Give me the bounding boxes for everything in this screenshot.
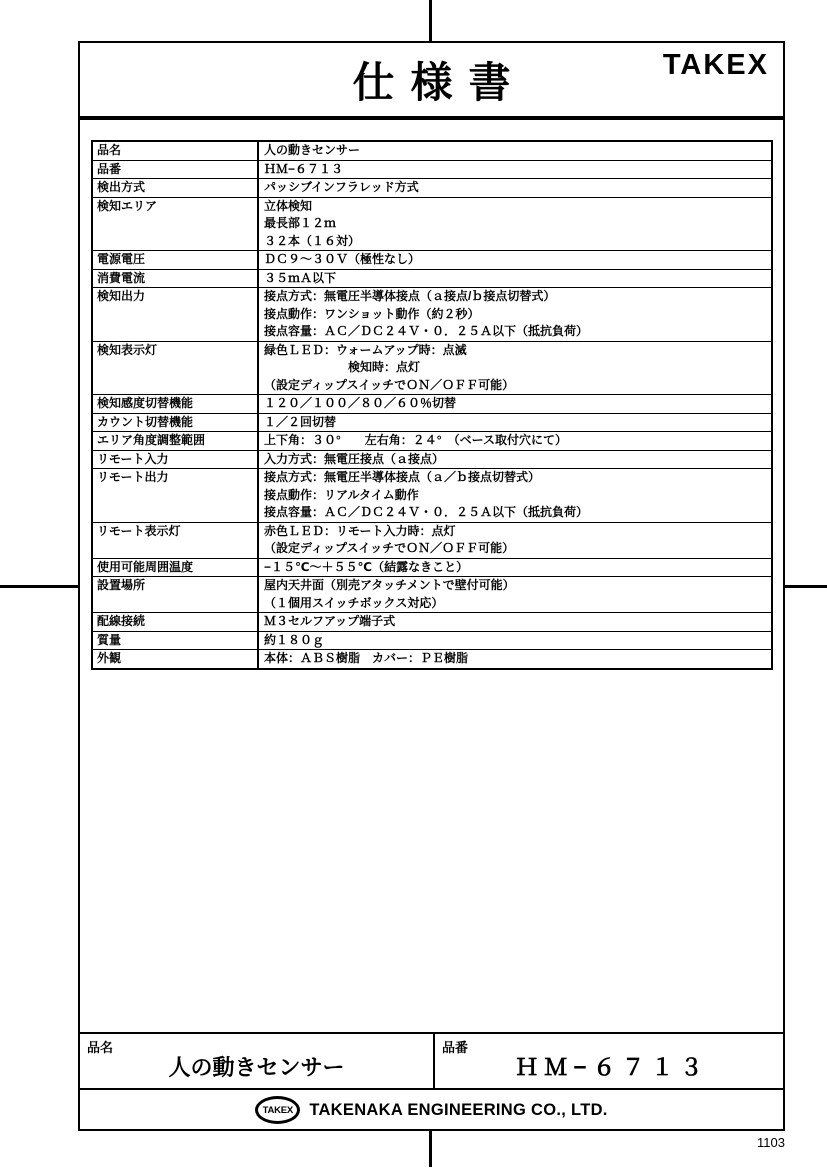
- spec-value-line: ＨＭ−６７１３: [264, 161, 771, 179]
- spec-value-line: 立体検知: [264, 198, 771, 216]
- takex-badge-icon: TAKEX: [255, 1096, 300, 1124]
- spec-row-label: カウント切替機能: [93, 414, 259, 432]
- spec-value-line: １／２回切替: [264, 414, 771, 432]
- product-name-value: 人の動きセンサー: [80, 1051, 433, 1082]
- spec-row-value: 本体：ＡＢＳ樹脂 カバー：ＰＥ樹脂: [259, 650, 771, 668]
- spec-row-value: 赤色ＬＥＤ：リモート入力時：点灯（設定ディップスイッチでＯＮ／ＯＦＦ可能）: [259, 523, 771, 558]
- spec-row-label: 電源電圧: [93, 251, 259, 269]
- spec-row-value: １２０／１００／８０／６０％切替: [259, 395, 771, 413]
- spec-row-label: 検知感度切替機能: [93, 395, 259, 413]
- spec-value-line: １２０／１００／８０／６０％切替: [264, 395, 771, 413]
- spec-value-line: 入力方式：無電圧接点（ａ接点）: [264, 451, 771, 469]
- table-row: 検知エリア立体検知最長部１２ｍ３２本（１６対）: [93, 197, 771, 251]
- product-code-cell: 品番 ＨＭ−６７１３: [435, 1034, 783, 1088]
- spec-row-label: 使用可能周囲温度: [93, 559, 259, 577]
- spec-row-label: 配線接続: [93, 613, 259, 631]
- spec-row-label: 品番: [93, 161, 259, 179]
- table-row: 設置場所屋内天井面（別売アタッチメントで壁付可能）（１個用スイッチボックス対応）: [93, 576, 771, 612]
- spec-value-line: 本体：ＡＢＳ樹脂 カバー：ＰＥ樹脂: [264, 650, 771, 668]
- spec-table: 品名人の動きセンサー品番ＨＭ−６７１３検出方式パッシブインフラレッド方式検知エリ…: [91, 140, 773, 670]
- spec-value-line: 検知時：点灯: [264, 359, 771, 377]
- spec-row-value: 入力方式：無電圧接点（ａ接点）: [259, 451, 771, 469]
- spec-value-line: ＤＣ９～３０Ｖ（極性なし）: [264, 251, 771, 269]
- spec-value-line: 赤色ＬＥＤ：リモート入力時：点灯: [264, 523, 771, 541]
- spec-row-label: リモート入力: [93, 451, 259, 469]
- crop-mark-right: [785, 585, 827, 588]
- table-row: 外観本体：ＡＢＳ樹脂 カバー：ＰＥ樹脂: [93, 649, 771, 668]
- table-row: エリア角度調整範囲上下角：３０° 左右角：２４° （ベース取付穴にて）: [93, 431, 771, 450]
- spec-row-value: Ｍ３セルフアップ端子式: [259, 613, 771, 631]
- product-code-value: ＨＭ−６７１３: [435, 1049, 783, 1082]
- crop-mark-top: [429, 0, 432, 41]
- spec-row-label: 検知エリア: [93, 198, 259, 251]
- spec-row-label: リモート表示灯: [93, 523, 259, 558]
- spec-value-line: 約１８０ｇ: [264, 632, 771, 650]
- spec-row-value: １／２回切替: [259, 414, 771, 432]
- spec-row-label: 品名: [93, 142, 259, 160]
- spec-row-label: 設置場所: [93, 577, 259, 612]
- spec-row-value: 人の動きセンサー: [259, 142, 771, 160]
- spec-row-label: 検知出力: [93, 288, 259, 341]
- spec-row-value: パッシブインフラレッド方式: [259, 179, 771, 197]
- crop-mark-bottom: [429, 1131, 432, 1167]
- spec-value-line: 人の動きセンサー: [264, 142, 771, 160]
- table-row: リモート出力接点方式：無電圧半導体接点（ａ／ｂ接点切替式）接点動作：リアルタイム…: [93, 468, 771, 522]
- spec-sheet-page: { "page": { "number": "1103" }, "colors"…: [0, 0, 827, 1169]
- table-row: 検出方式パッシブインフラレッド方式: [93, 178, 771, 197]
- table-row: カウント切替機能１／２回切替: [93, 413, 771, 432]
- table-row: 使用可能周囲温度−１５℃～＋５５℃（結露なきこと）: [93, 558, 771, 577]
- spec-value-line: パッシブインフラレッド方式: [264, 179, 771, 197]
- spec-row-label: 検出方式: [93, 179, 259, 197]
- table-row: 検知表示灯緑色ＬＥＤ：ウォームアップ時：点滅 検知時：点灯（設定ディップスイッチ…: [93, 341, 771, 395]
- spec-row-value: 上下角：３０° 左右角：２４° （ベース取付穴にて）: [259, 432, 771, 450]
- spec-row-label: 外観: [93, 650, 259, 668]
- spec-row-value: 約１８０ｇ: [259, 632, 771, 650]
- table-row: 検知感度切替機能１２０／１００／８０／６０％切替: [93, 394, 771, 413]
- spec-value-line: 接点動作：リアルタイム動作: [264, 487, 771, 505]
- table-row: リモート表示灯赤色ＬＥＤ：リモート入力時：点灯（設定ディップスイッチでＯＮ／ＯＦ…: [93, 522, 771, 558]
- table-row: 質量約１８０ｇ: [93, 631, 771, 650]
- spec-row-label: 消費電流: [93, 270, 259, 288]
- spec-value-line: 接点容量：ＡＣ／ＤＣ２４Ｖ・０．２５Ａ以下（抵抗負荷）: [264, 504, 771, 522]
- spec-value-line: 屋内天井面（別売アタッチメントで壁付可能）: [264, 577, 771, 595]
- spec-row-label: エリア角度調整範囲: [93, 432, 259, 450]
- table-row: 電源電圧ＤＣ９～３０Ｖ（極性なし）: [93, 250, 771, 269]
- spec-row-value: −１５℃～＋５５℃（結露なきこと）: [259, 559, 771, 577]
- table-row: 配線接続Ｍ３セルフアップ端子式: [93, 612, 771, 631]
- spec-value-line: 最長部１２ｍ: [264, 215, 771, 233]
- spec-row-value: 立体検知最長部１２ｍ３２本（１６対）: [259, 198, 771, 251]
- company-name: TAKENAKA ENGINEERING CO., LTD.: [309, 1101, 607, 1120]
- title-box: 仕様書 TAKEX: [78, 41, 785, 118]
- table-row: 品名人の動きセンサー: [93, 142, 771, 160]
- spec-row-value: 接点方式：無電圧半導体接点（ａ／ｂ接点切替式）接点動作：リアルタイム動作接点容量…: [259, 469, 771, 522]
- crop-mark-left: [0, 585, 78, 588]
- spec-value-line: 緑色ＬＥＤ：ウォームアップ時：点滅: [264, 342, 771, 360]
- spec-row-value: 接点方式：無電圧半導体接点（ａ接点/ｂ接点切替式）接点動作：ワンショット動作（約…: [259, 288, 771, 341]
- spec-row-label: 質量: [93, 632, 259, 650]
- table-row: 品番ＨＭ−６７１３: [93, 160, 771, 179]
- spec-value-line: Ｍ３セルフアップ端子式: [264, 613, 771, 631]
- spec-row-value: 緑色ＬＥＤ：ウォームアップ時：点滅 検知時：点灯（設定ディップスイッチでＯＮ／Ｏ…: [259, 342, 771, 395]
- spec-row-value: 屋内天井面（別売アタッチメントで壁付可能）（１個用スイッチボックス対応）: [259, 577, 771, 612]
- spec-value-line: ３２本（１６対）: [264, 233, 771, 251]
- spec-row-label: リモート出力: [93, 469, 259, 522]
- table-row: 検知出力接点方式：無電圧半導体接点（ａ接点/ｂ接点切替式）接点動作：ワンショット…: [93, 287, 771, 341]
- spec-value-line: 接点方式：無電圧半導体接点（ａ接点/ｂ接点切替式）: [264, 288, 771, 306]
- takex-badge-text: TAKEX: [263, 1105, 294, 1116]
- spec-value-line: 上下角：３０° 左右角：２４° （ベース取付穴にて）: [264, 432, 771, 450]
- spec-value-line: 接点方式：無電圧半導体接点（ａ／ｂ接点切替式）: [264, 469, 771, 487]
- company-footer: TAKEX TAKENAKA ENGINEERING CO., LTD.: [80, 1090, 783, 1131]
- spec-row-label: 検知表示灯: [93, 342, 259, 395]
- spec-value-line: （１個用スイッチボックス対応）: [264, 595, 771, 613]
- spec-row-value: ＤＣ９～３０Ｖ（極性なし）: [259, 251, 771, 269]
- page-number: 1103: [735, 1135, 785, 1150]
- content-box: 品名人の動きセンサー品番ＨＭ−６７１３検出方式パッシブインフラレッド方式検知エリ…: [78, 118, 785, 1131]
- spec-row-value: ３５ｍＡ以下: [259, 270, 771, 288]
- bottom-title-block: 品名 人の動きセンサー 品番 ＨＭ−６７１３ TAKEX TAKENAKA EN…: [78, 1032, 785, 1131]
- spec-value-line: ３５ｍＡ以下: [264, 270, 771, 288]
- spec-value-line: （設定ディップスイッチでＯＮ／ＯＦＦ可能）: [264, 377, 771, 395]
- table-row: 消費電流３５ｍＡ以下: [93, 269, 771, 288]
- takex-brand-logo: TAKEX: [663, 49, 769, 82]
- spec-value-line: （設定ディップスイッチでＯＮ／ＯＦＦ可能）: [264, 540, 771, 558]
- spec-value-line: −１５℃～＋５５℃（結露なきこと）: [264, 559, 771, 577]
- spec-row-value: ＨＭ−６７１３: [259, 161, 771, 179]
- spec-value-line: 接点容量：ＡＣ／ＤＣ２４Ｖ・０．２５Ａ以下（抵抗負荷）: [264, 323, 771, 341]
- product-identity-row: 品名 人の動きセンサー 品番 ＨＭ−６７１３: [80, 1034, 783, 1090]
- product-name-cell: 品名 人の動きセンサー: [80, 1034, 435, 1088]
- table-row: リモート入力入力方式：無電圧接点（ａ接点）: [93, 450, 771, 469]
- spec-value-line: 接点動作：ワンショット動作（約２秒）: [264, 306, 771, 324]
